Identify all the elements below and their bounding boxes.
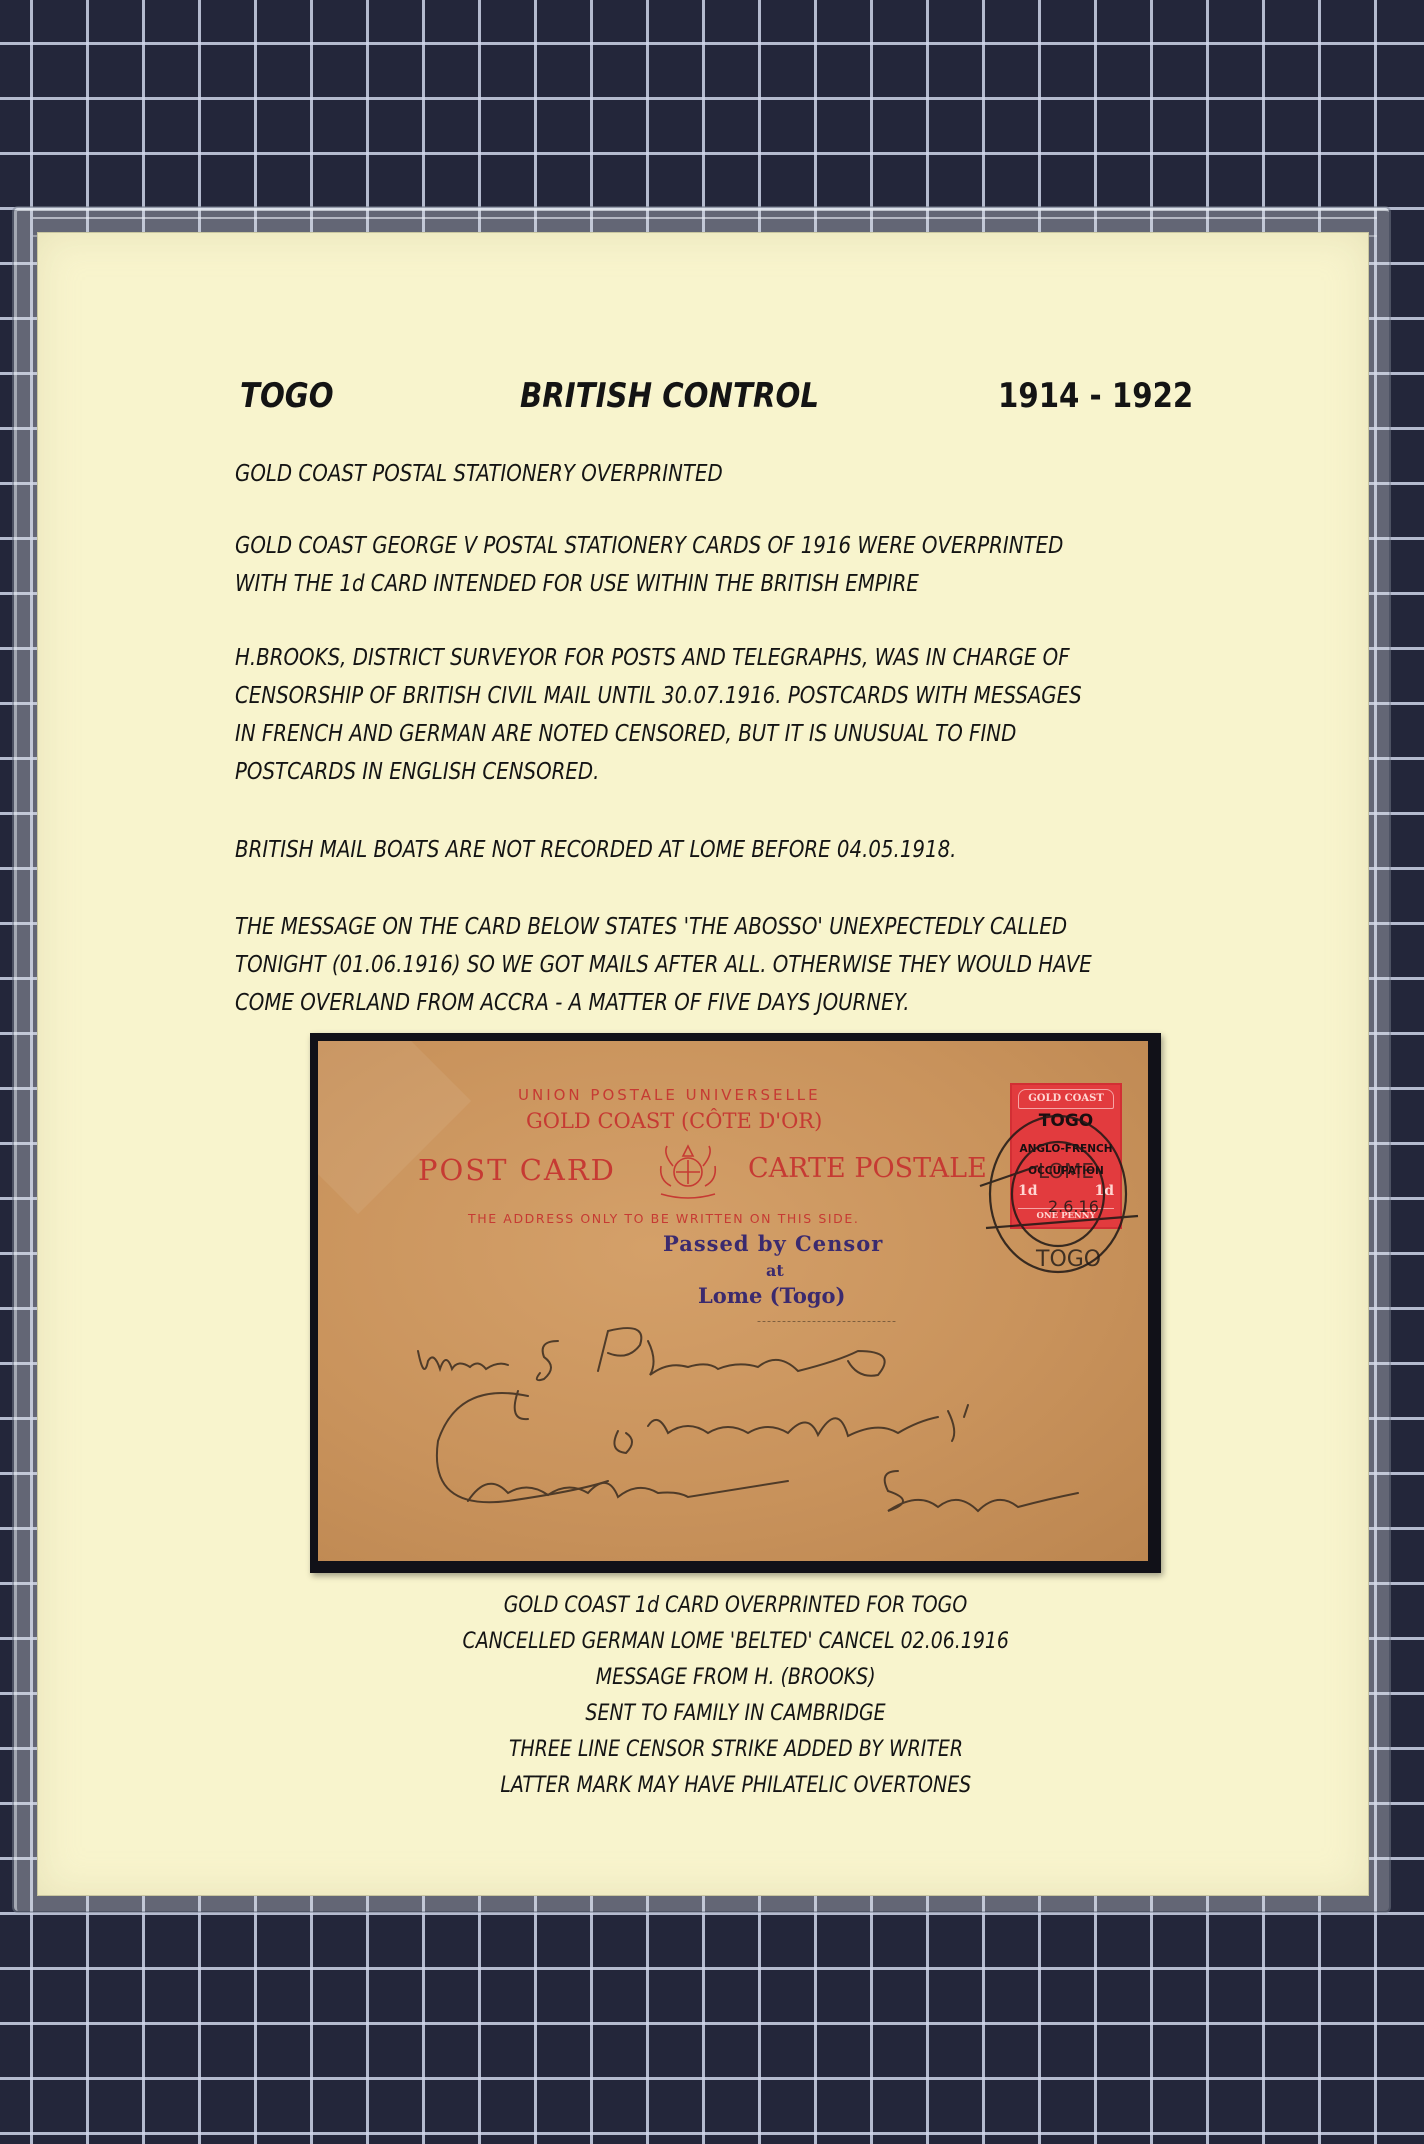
handwritten-address [358,1321,1118,1551]
postcard-caption: GOLD COAST 1d CARD OVERPRINTED FOR TOGO … [310,1588,1161,1804]
upu-line: UNION POSTALE UNIVERSELLE [518,1086,821,1104]
header-title: BRITISH CONTROL [520,376,819,416]
censor-line-2: at [766,1261,784,1280]
header-years: 1914 - 1922 [998,376,1193,416]
censor-line-1: Passed by Censor [663,1231,883,1256]
postcard: UNION POSTALE UNIVERSELLE GOLD COAST (CÔ… [318,1041,1148,1561]
paragraph-stationery: GOLD COAST GEORGE V POSTAL STATIONERY CA… [235,527,1198,603]
post-card-label: POST CARD [418,1153,616,1187]
paragraph-mail-boats: BRITISH MAIL BOATS ARE NOT RECORDED AT L… [235,831,1074,869]
paragraph-message: THE MESSAGE ON THE CARD BELOW STATES 'TH… [235,908,1231,1022]
svg-text:LOME: LOME [1038,1159,1094,1183]
address-note: THE ADDRESS ONLY TO BE WRITTEN ON THIS S… [468,1211,859,1226]
paragraph-censorship: H.BROOKS, DISTRICT SURVEYOR FOR POSTS AN… [235,639,1220,791]
postmark-icon: LOME 2.6.16 TOGO [978,1106,1148,1286]
page-header: TOGO BRITISH CONTROL 1914 - 1922 [240,376,1240,416]
country-line: GOLD COAST (CÔTE D'OR) [526,1109,822,1133]
censor-line-3: Lome (Togo) [698,1283,845,1308]
royal-arms-icon [643,1136,733,1206]
svg-text:TOGO: TOGO [1035,1247,1101,1272]
carte-postale-label: CARTE POSTALE [748,1153,987,1184]
svg-text:2.6.16: 2.6.16 [1048,1197,1099,1216]
page-subtitle: GOLD COAST POSTAL STATIONERY OVERPRINTED [235,455,802,493]
header-country: TOGO [240,376,334,416]
postcard-mount: UNION POSTALE UNIVERSELLE GOLD COAST (CÔ… [310,1033,1161,1573]
